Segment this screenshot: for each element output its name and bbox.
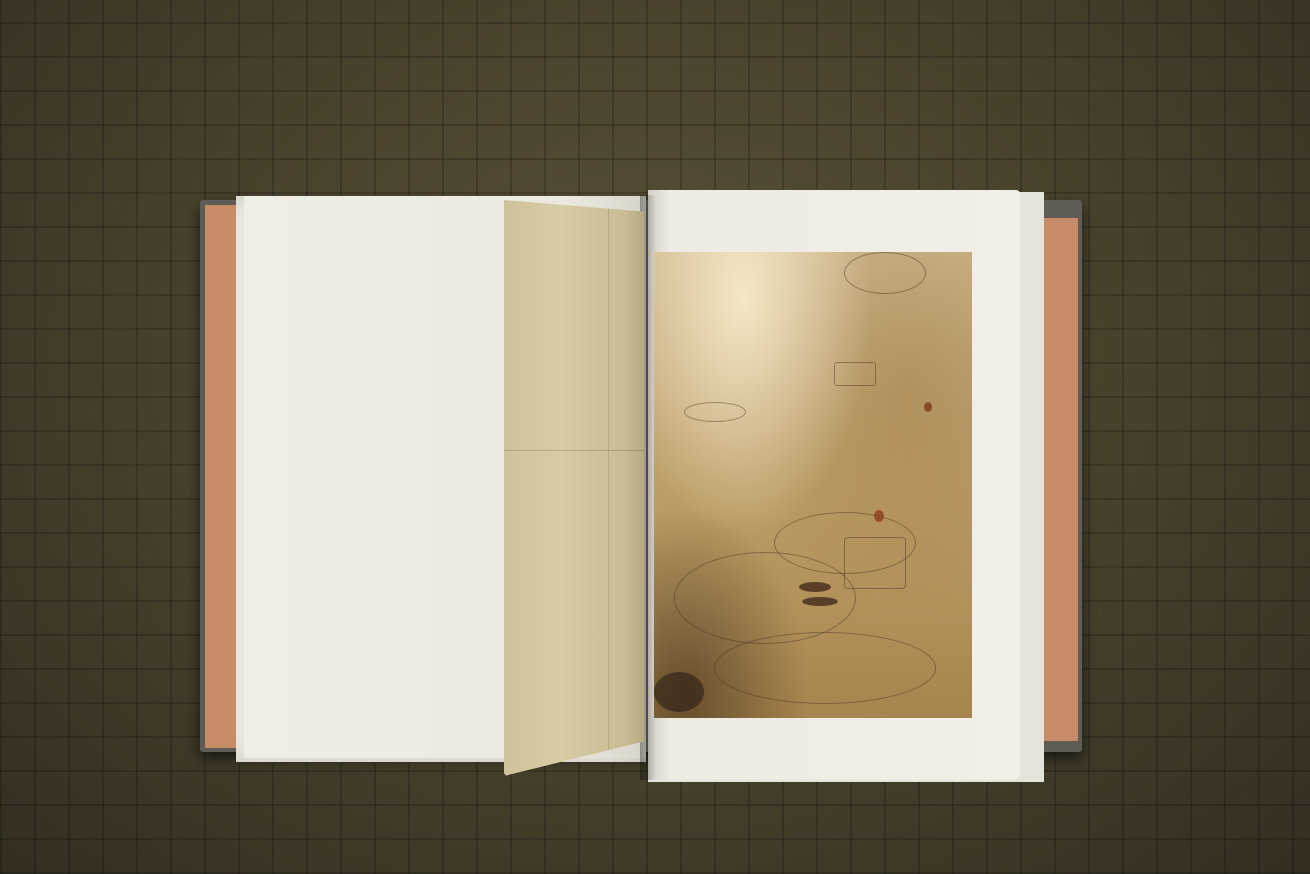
graffiti-wall-photo xyxy=(654,252,972,718)
tracing-paper-leaf xyxy=(504,200,644,776)
scribble-box xyxy=(844,537,906,589)
scribble xyxy=(844,252,926,294)
fold-line xyxy=(504,450,644,451)
dark-mark xyxy=(802,597,838,606)
scribble xyxy=(684,402,746,422)
stain xyxy=(924,402,932,412)
scribble xyxy=(714,632,936,704)
photo-scene xyxy=(0,0,1310,874)
dark-corner xyxy=(654,672,704,712)
crease-line xyxy=(608,200,609,776)
stain xyxy=(874,510,884,522)
right-endpaper xyxy=(1042,218,1078,741)
dark-mark xyxy=(799,582,831,592)
scribble-box xyxy=(834,362,876,386)
